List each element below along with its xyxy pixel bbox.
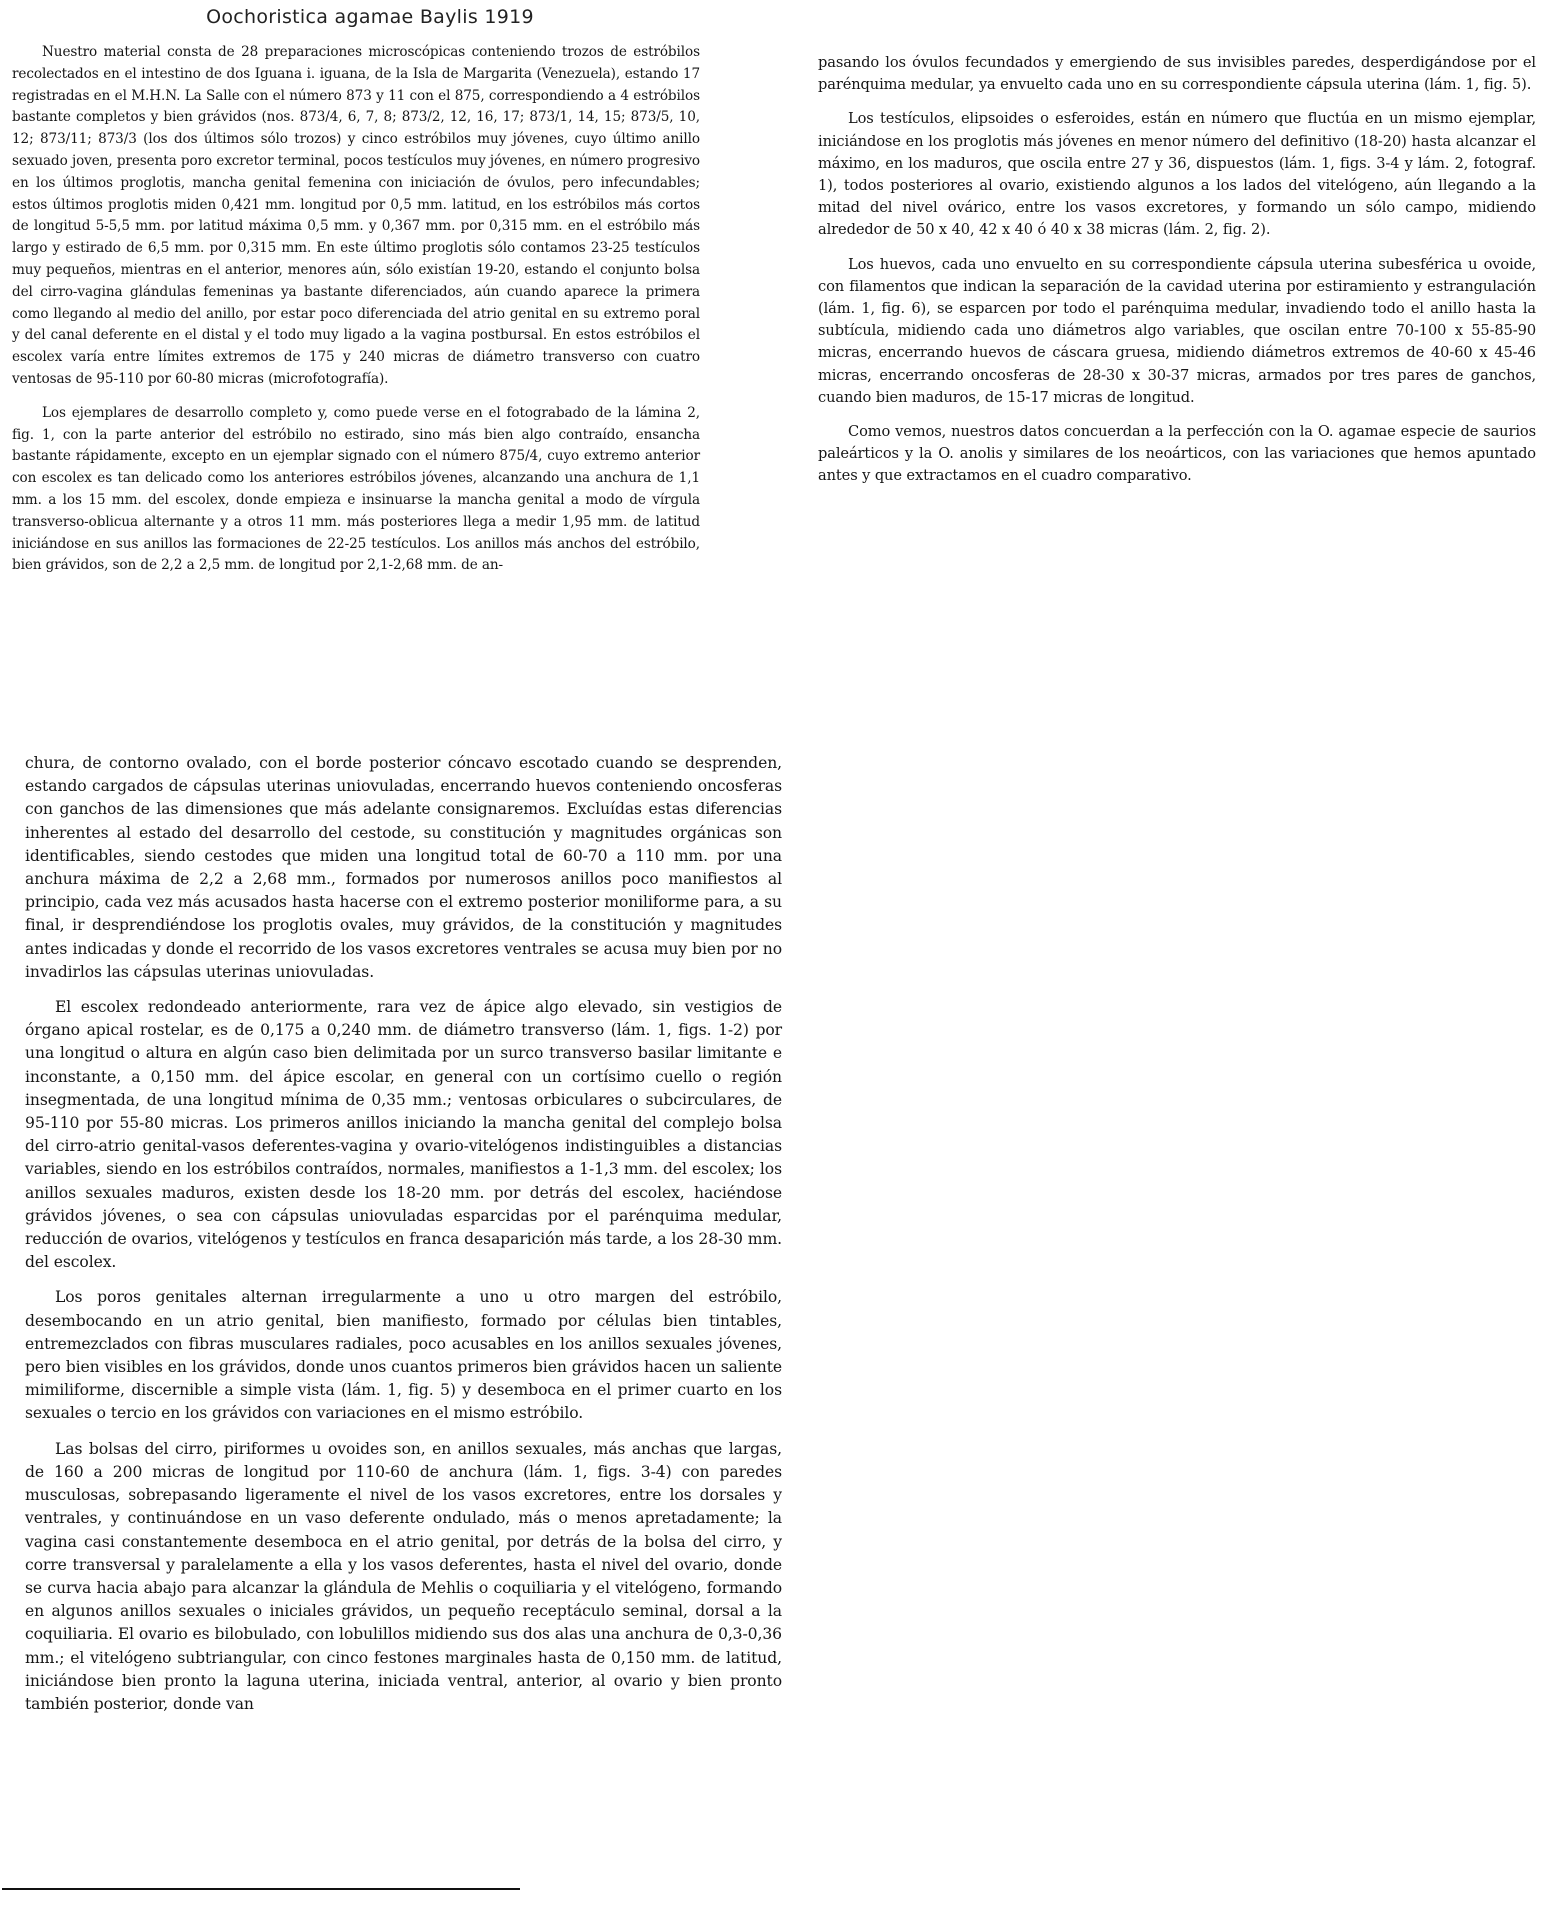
paragraph: chura, de contorno ovalado, con el borde…	[25, 752, 782, 984]
text-column-top-right: pasando los óvulos fecundados y emergien…	[818, 52, 1536, 488]
paragraph: El escolex redondeado anteriormente, rar…	[25, 996, 782, 1274]
text-column-top-left: Nuestro material consta de 28 preparacio…	[12, 42, 700, 577]
paragraph: pasando los óvulos fecundados y emergien…	[818, 52, 1536, 96]
paragraph: Nuestro material consta de 28 preparacio…	[12, 42, 700, 391]
paragraph: Como vemos, nuestros datos concuerdan a …	[818, 421, 1536, 488]
paragraph: Las bolsas del cirro, piriformes u ovoid…	[25, 1438, 782, 1716]
paragraph: Los ejemplares de desarrollo completo y,…	[12, 403, 700, 577]
paragraph: Los poros genitales alternan irregularme…	[25, 1286, 782, 1425]
paragraph: Los testículos, elipsoides o esferoides,…	[818, 108, 1536, 241]
text-column-bottom-left: chura, de contorno ovalado, con el borde…	[25, 752, 782, 1716]
paragraph: Los huevos, cada uno envuelto en su corr…	[818, 254, 1536, 409]
page-title: Oochoristica agamae Baylis 1919	[180, 6, 560, 28]
bottom-rule	[2, 1888, 520, 1890]
